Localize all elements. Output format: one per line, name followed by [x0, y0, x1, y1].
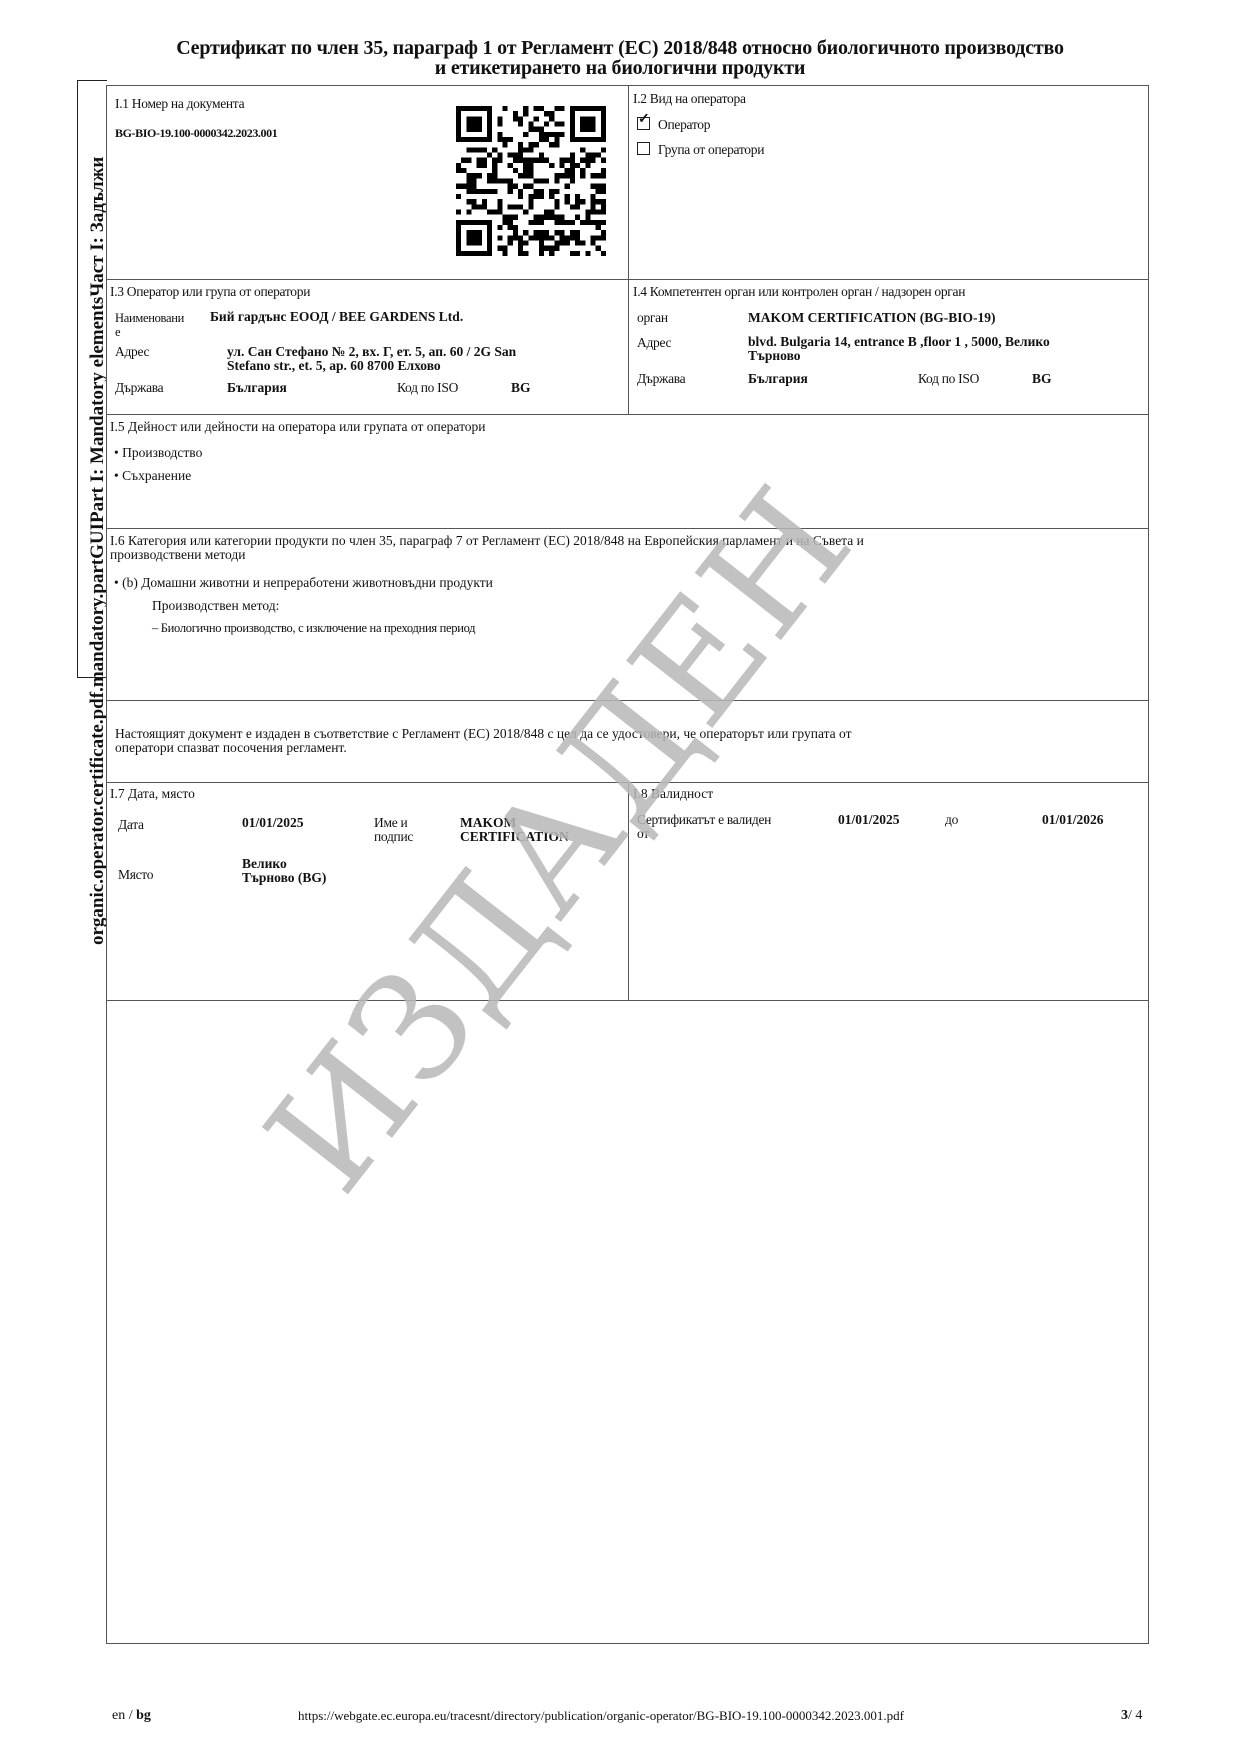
address-line: ул. Сан Стефано № 2, вх. Г, ет. 5, ап. 6… — [227, 345, 516, 359]
section-i4-label: I.4 Компетентен орган или контролен орга… — [633, 285, 965, 299]
control-body: MAKOM CERTIFICATION (BG-BIO-19) — [748, 311, 996, 325]
page-current: 3 — [1121, 1708, 1128, 1723]
row-divider — [106, 1000, 1149, 1001]
signature-label: Име и подпис — [374, 816, 413, 844]
address-line: Stefano str., et. 5, ap. 60 8700 Елхово — [227, 359, 516, 373]
language-switcher: en / bg — [112, 1708, 151, 1724]
issue-date: 01/01/2025 — [242, 816, 304, 830]
label-line: подпис — [374, 830, 413, 844]
body-country-label: Държава — [637, 372, 685, 386]
label-line: Сертификатът е валиден — [637, 813, 771, 827]
body-address-label: Адрес — [637, 336, 671, 350]
title-line-2: и етикетирането на биологични продукти — [80, 58, 1160, 78]
iso-label: Код по ISO — [397, 381, 458, 395]
operator-type-option-operator[interactable]: ✓Оператор — [637, 117, 710, 132]
validity-label: Сертификатът е валиден от — [637, 813, 771, 841]
address-line: blvd. Bulgaria 14, entrance B ,floor 1 ,… — [748, 335, 1050, 349]
column-divider — [628, 782, 629, 1000]
row-divider — [106, 528, 1149, 529]
compliance-statement: Настоящият документ е издаден в съответс… — [115, 727, 852, 755]
name-label: Наименовани е — [115, 311, 184, 339]
label-line: производствени методи — [110, 548, 864, 562]
production-method-label: Производствен метод: — [152, 599, 279, 613]
checkmark-icon: ✓ — [638, 113, 649, 127]
row-divider — [106, 700, 1149, 701]
label-line: Име и — [374, 816, 413, 830]
option-label: Оператор — [658, 117, 710, 132]
value-line: CERTIFICATION — [460, 830, 569, 844]
valid-from-date: 01/01/2025 — [838, 813, 900, 827]
production-method: – Биологично производство, с изключение … — [152, 621, 475, 635]
option-label: Група от оператори — [658, 142, 764, 157]
name-label-line: Наименовани — [115, 311, 184, 325]
document-url-link[interactable]: https://webgate.ec.europa.eu/tracesnt/di… — [298, 1708, 904, 1724]
lang-separator: / — [125, 1708, 136, 1723]
document-title: Сертификат по член 35, параграф 1 от Рег… — [80, 38, 1160, 78]
page-indicator: 3/ 4 — [1121, 1708, 1142, 1724]
control-body-address: blvd. Bulgaria 14, entrance B ,floor 1 ,… — [748, 335, 1050, 363]
label-line: от — [637, 827, 771, 841]
title-line-1: Сертификат по член 35, параграф 1 от Рег… — [80, 38, 1160, 58]
operator-address: ул. Сан Стефано № 2, вх. Г, ет. 5, ап. 6… — [227, 345, 516, 373]
section-i2-label: I.2 Вид на оператора — [633, 92, 746, 106]
section-i5-label: I.5 Дейност или дейности на оператора ил… — [110, 420, 486, 434]
checkbox-operator[interactable]: ✓ — [637, 117, 650, 130]
value-line: Велико — [242, 857, 326, 871]
qr-code-icon — [456, 106, 606, 256]
operator-iso: BG — [511, 381, 531, 395]
address-label: Адрес — [115, 345, 149, 359]
section-i6-label: I.6 Категория или категории продукти по … — [110, 534, 864, 562]
value-line: Търново (BG) — [242, 871, 326, 885]
lang-en-link[interactable]: en — [112, 1708, 125, 1723]
checkbox-group[interactable] — [637, 142, 650, 155]
valid-to-date: 01/01/2026 — [1042, 813, 1104, 827]
country-label: Държава — [115, 381, 163, 395]
section-i1-label: I.1 Номер на документа — [115, 97, 244, 111]
section-i7-label: I.7 Дата, място — [110, 787, 195, 801]
column-divider — [628, 85, 629, 414]
row-divider — [106, 414, 1149, 415]
issue-place: Велико Търново (BG) — [242, 857, 326, 885]
address-line: Търново — [748, 349, 1050, 363]
place-label: Място — [118, 868, 153, 882]
operator-country: България — [227, 381, 287, 395]
body-label: орган — [637, 311, 668, 325]
document-number: BG-BIO-19.100-0000342.2023.001 — [115, 126, 277, 140]
activity-item: • Съхранение — [114, 469, 191, 483]
control-body-iso: BG — [1032, 372, 1052, 386]
page-total: 4 — [1135, 1708, 1142, 1723]
body-iso-label: Код по ISO — [918, 372, 979, 386]
value-line: MAKOM — [460, 816, 569, 830]
section-i8-label: I.8 Валидност — [633, 787, 713, 801]
product-category: • (b) Домашни животни и непреработени жи… — [114, 576, 493, 590]
operator-type-option-group[interactable]: Група от оператори — [637, 142, 764, 157]
side-vertical-label: organic.operator.certificate.pdf.mandato… — [88, 157, 108, 945]
date-label: Дата — [118, 818, 144, 832]
statement-line: Настоящият документ е издаден в съответс… — [115, 727, 852, 741]
section-i3-label: I.3 Оператор или група от оператори — [110, 285, 310, 299]
statement-line: оператори спазват посочения регламент. — [115, 741, 852, 755]
name-label-line: е — [115, 325, 184, 339]
label-line: I.6 Категория или категории продукти по … — [110, 534, 864, 548]
to-label: до — [945, 813, 958, 827]
activity-item: • Производство — [114, 446, 202, 460]
control-body-country: България — [748, 372, 808, 386]
operator-name: Бий гардънс ЕООД / BEE GARDENS Ltd. — [210, 310, 463, 324]
signatory: MAKOM CERTIFICATION — [460, 816, 569, 844]
lang-bg-link[interactable]: bg — [136, 1708, 151, 1723]
